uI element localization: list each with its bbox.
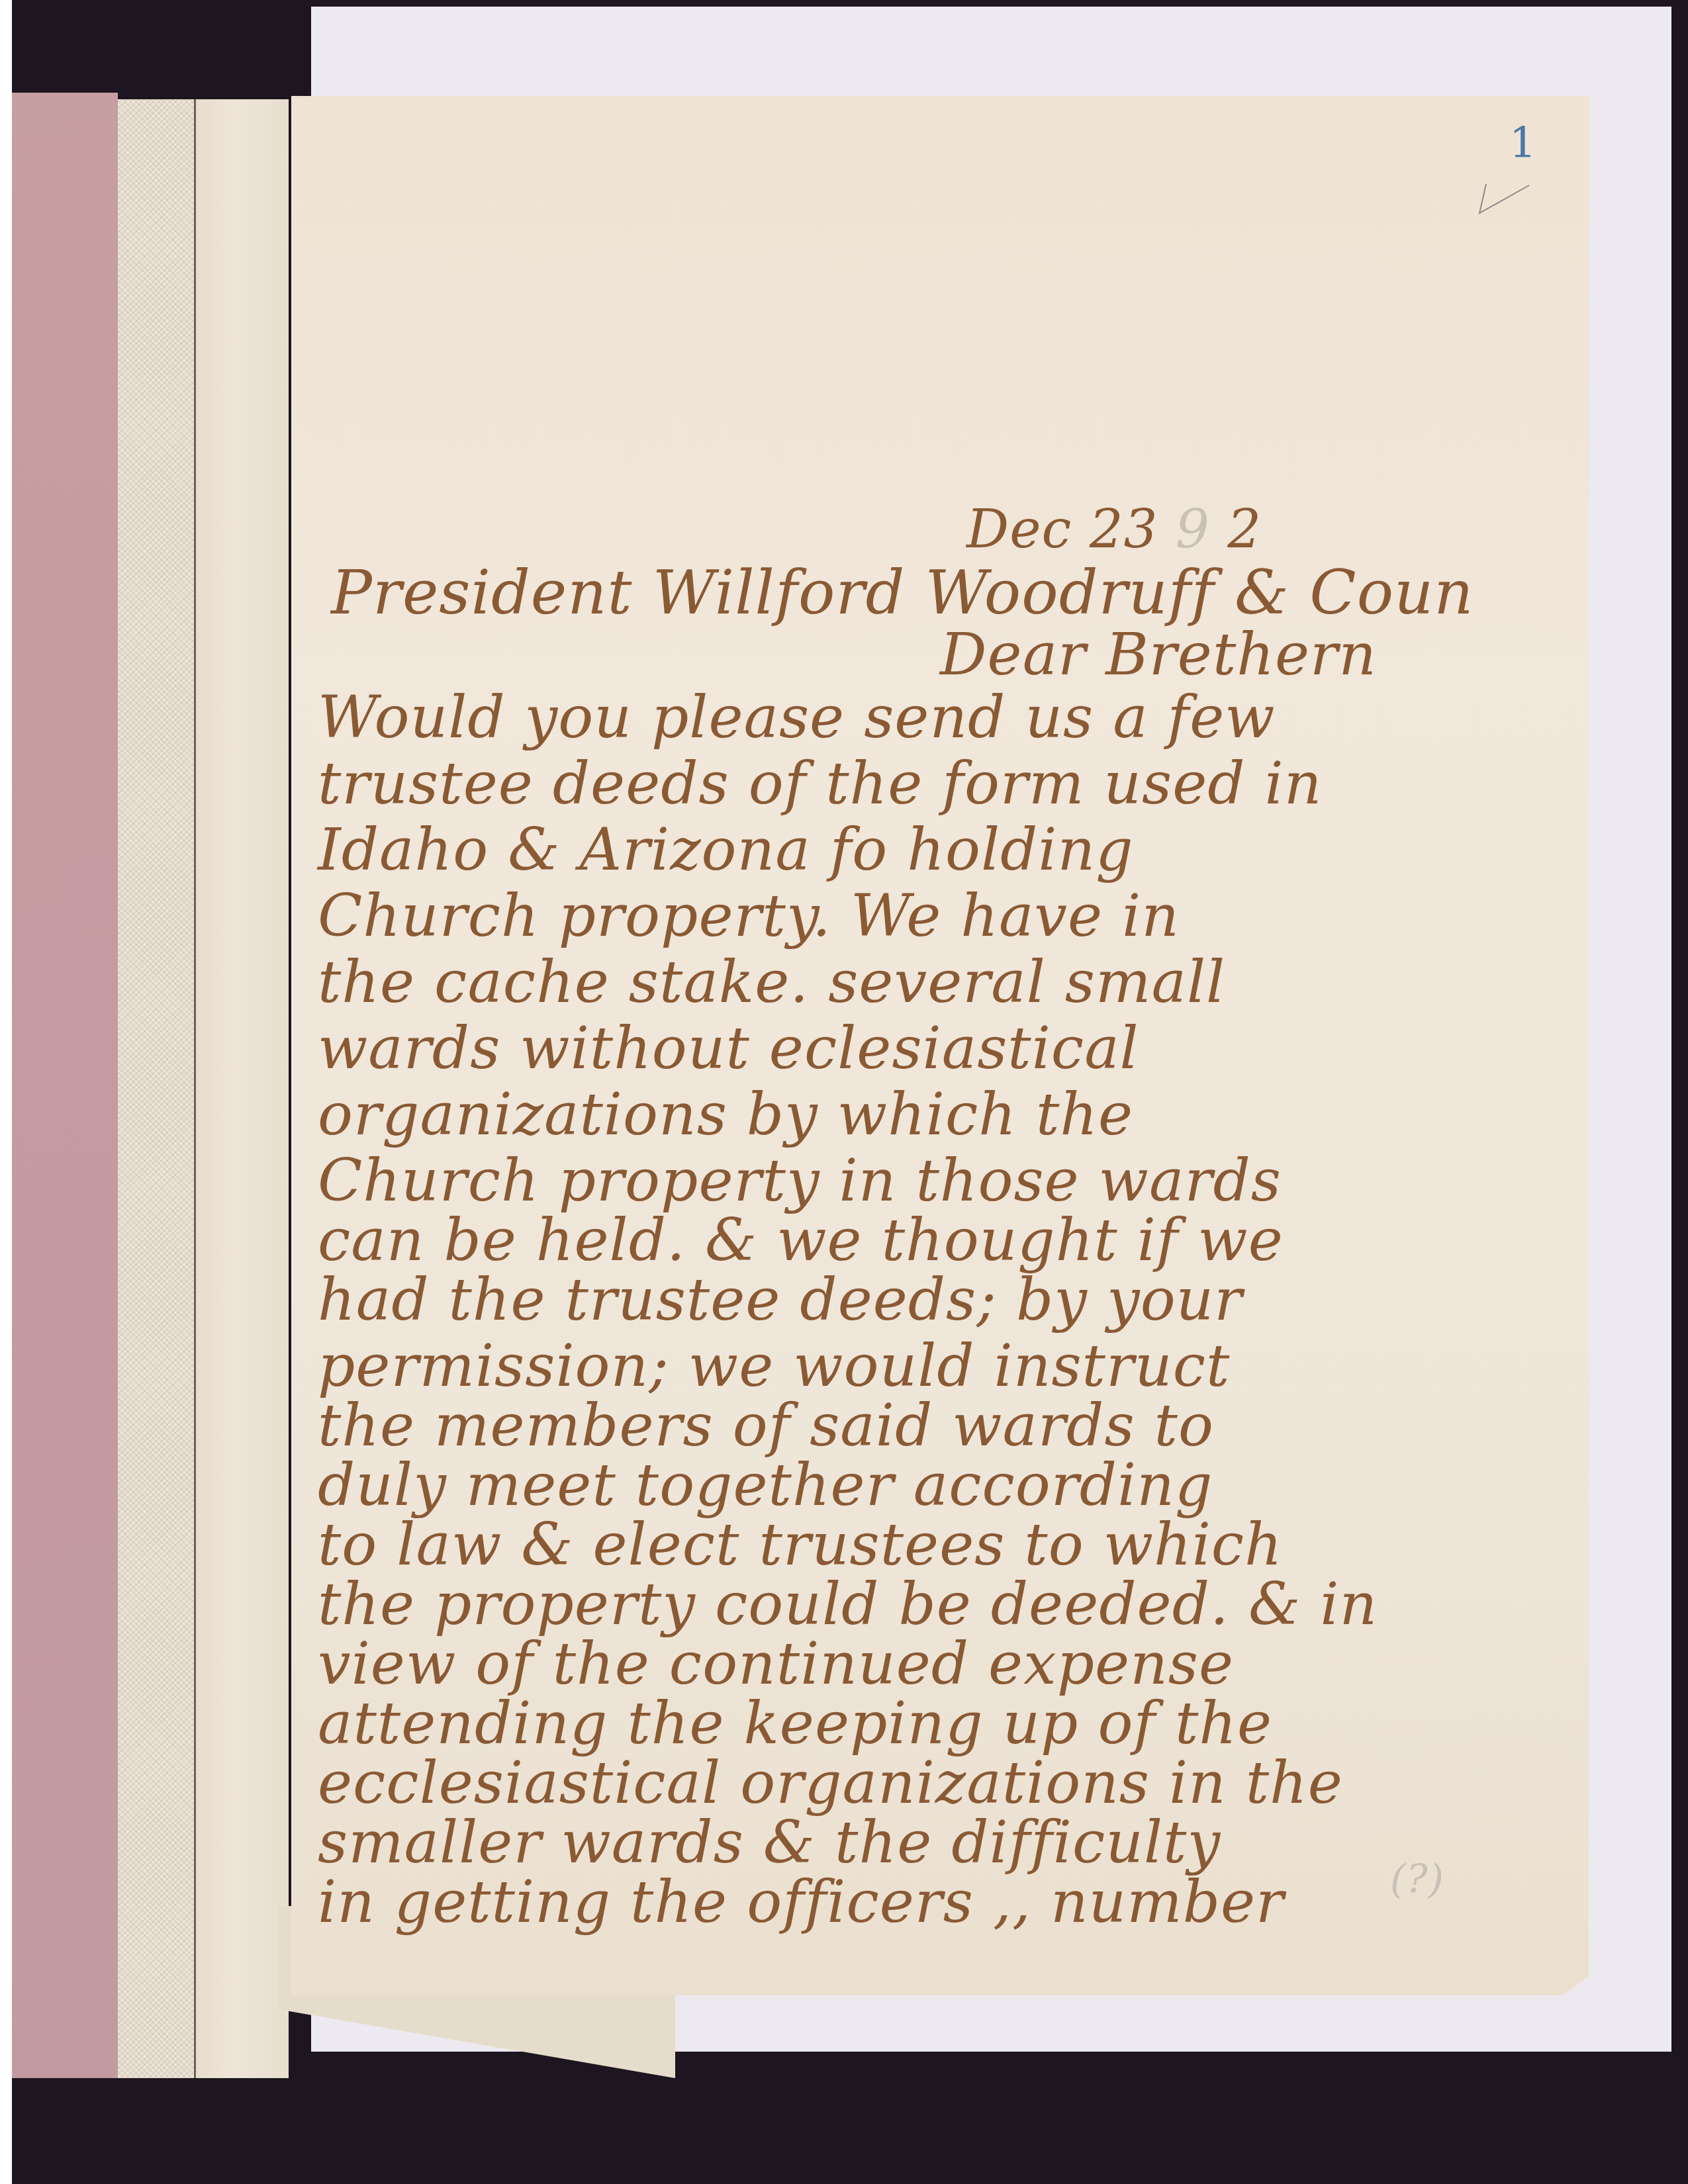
body-line: the cache stake. several small [318, 953, 1225, 1011]
body-line: had the trustee deeds; by your [318, 1271, 1243, 1329]
binder-spine-cloth [118, 99, 194, 2078]
body-line: the members of said wards to [318, 1396, 1214, 1455]
body-line: Would you please send us a few [318, 688, 1276, 747]
body-line: in getting the officers ,, number [318, 1873, 1284, 1931]
body-line: the property could be deeded. & in [318, 1575, 1378, 1633]
body-line: attending the keeping up of the [318, 1694, 1272, 1752]
addressee-line: President Willford Woodruff & Coun [331, 563, 1474, 623]
continuation-mark: (?) [1390, 1860, 1444, 1899]
date-pencil-insert: 9 [1176, 498, 1210, 560]
body-line: to law & elect trustees to which [318, 1516, 1283, 1574]
binder-cover-board [12, 93, 118, 2078]
archive-page-number: 1 [1509, 119, 1536, 168]
date-text: Dec 23 [966, 498, 1158, 560]
greeting-line: Dear Brethern [940, 625, 1377, 684]
letter-date: Dec 23 9 2 [966, 503, 1262, 556]
body-line: Church property. We have in [318, 887, 1180, 945]
scan-margin [0, 0, 12, 2184]
body-line: Church property in those wards [318, 1152, 1282, 1210]
body-line: Idaho & Arizona fo holding [318, 821, 1134, 879]
body-line: can be held. & we thought if we [318, 1211, 1284, 1269]
body-line: trustee deeds of the form used in [318, 754, 1322, 813]
body-line: ecclesiastical organizations in the [318, 1754, 1343, 1812]
body-line: wards without eclesiastical [318, 1019, 1139, 1077]
body-line: organizations by which the [318, 1085, 1133, 1144]
body-line: smaller wards & the difficulty [318, 1813, 1221, 1872]
body-line: permission; we would instruct [318, 1337, 1230, 1395]
binding-stub [194, 99, 289, 2078]
body-line: duly meet together according [318, 1456, 1213, 1514]
body-line: view of the continued expense [318, 1635, 1234, 1693]
date-year-suffix: 2 [1227, 498, 1262, 560]
check-mark-icon [1473, 179, 1532, 218]
